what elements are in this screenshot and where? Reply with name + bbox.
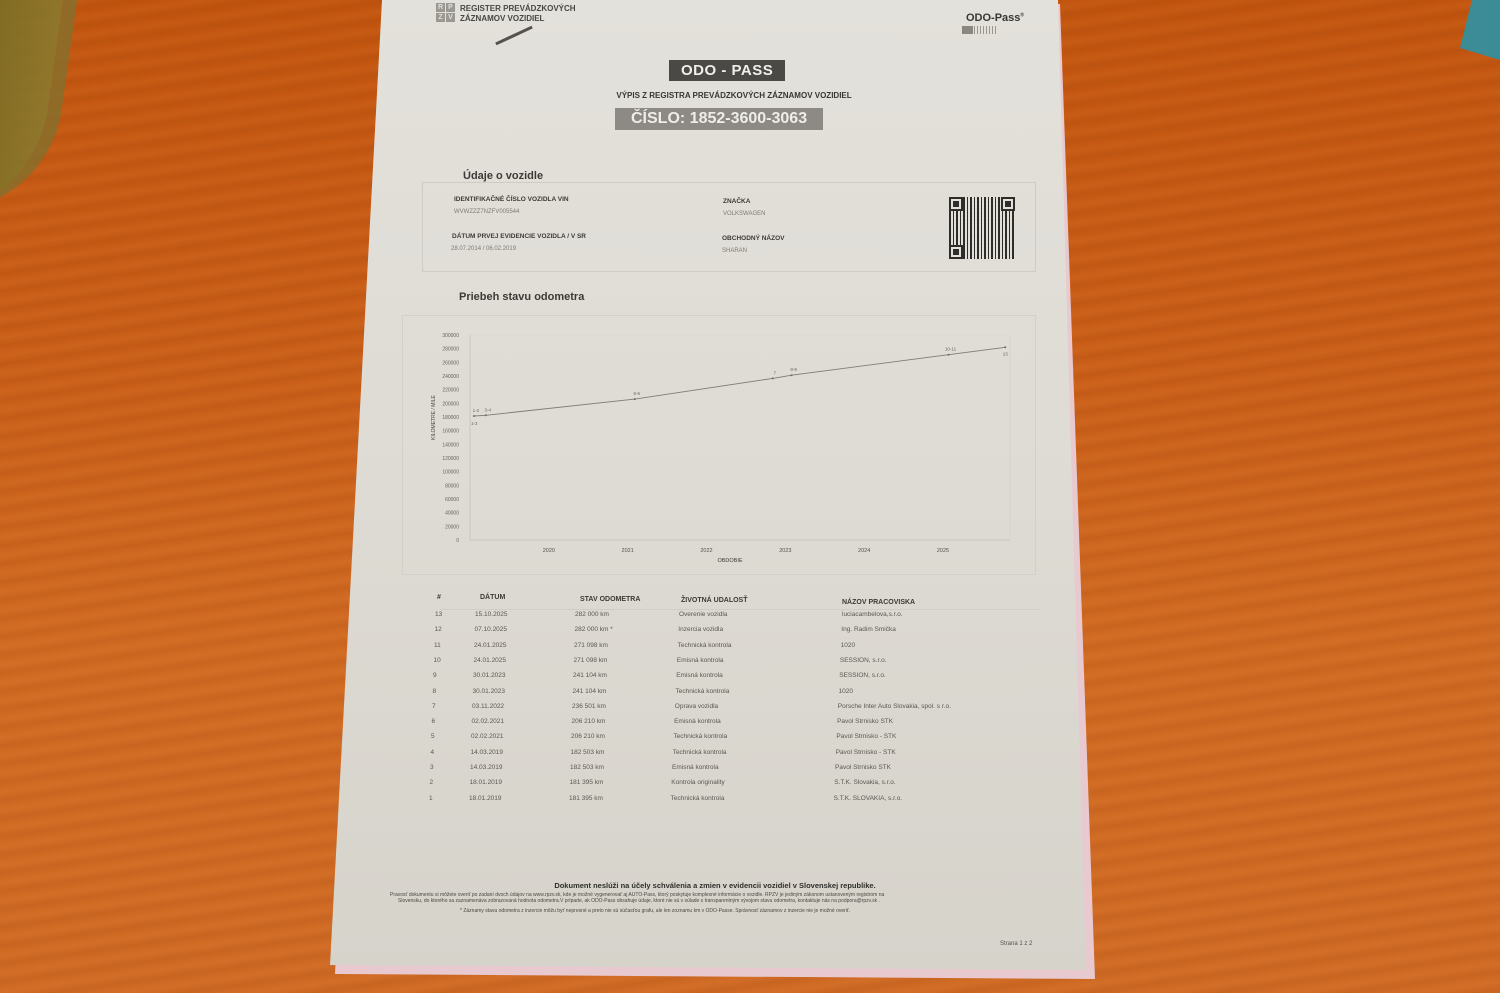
row-date: 30.01.2023 bbox=[473, 688, 506, 695]
registered-mark: ® bbox=[1020, 12, 1024, 18]
point-label: 10-11 bbox=[945, 347, 957, 352]
row-date: 02.02.2021 bbox=[471, 733, 504, 740]
row-date: 18.01.2019 bbox=[470, 779, 503, 786]
row-number: 10 bbox=[434, 657, 441, 664]
y-tick-label: 80000 bbox=[445, 483, 459, 489]
data-point bbox=[772, 377, 774, 379]
y-tick-label: 160000 bbox=[442, 429, 459, 435]
row-event: Kontrola originality bbox=[671, 779, 724, 786]
footer-text-line3: * Záznamy stavu odometra z inzercie môžu… bbox=[460, 908, 1020, 915]
point-label: 7 bbox=[773, 370, 776, 375]
row-odometer: 206 210 km bbox=[571, 733, 605, 740]
row-number: 9 bbox=[433, 672, 437, 679]
model-value: SHARAN bbox=[722, 248, 747, 254]
point-label: 1-2 bbox=[473, 408, 480, 413]
data-point bbox=[485, 414, 487, 416]
row-odometer: 182 503 km bbox=[570, 764, 604, 771]
table-row: 1124.01.2025271 098 kmTechnická kontrola… bbox=[424, 642, 1054, 657]
point-label: 1-2 bbox=[471, 421, 478, 426]
y-tick-label: 180000 bbox=[442, 415, 459, 421]
pen-icon bbox=[495, 26, 533, 46]
row-date: 02.02.2021 bbox=[472, 718, 505, 725]
row-workplace: S.T.K. Slovakia, s.r.o. bbox=[834, 779, 895, 786]
row-odometer: 182 503 km bbox=[571, 749, 605, 756]
registration-date-value: 28.07.2014 / 06.02.2019 bbox=[451, 246, 516, 252]
row-number: 8 bbox=[433, 688, 437, 695]
x-tick-label: 2024 bbox=[858, 548, 870, 554]
y-tick-label: 20000 bbox=[445, 524, 459, 530]
row-event: Technická kontrola bbox=[676, 688, 730, 695]
row-number: 6 bbox=[432, 718, 436, 725]
row-date: 14.03.2019 bbox=[471, 749, 504, 756]
y-tick-label: 200000 bbox=[442, 401, 459, 407]
y-tick-label: 120000 bbox=[442, 456, 459, 462]
odometer-line bbox=[474, 347, 1005, 416]
y-tick-label: 60000 bbox=[445, 497, 459, 503]
rpzv-logo-icon: R P Z V bbox=[436, 3, 455, 22]
col-header-date: DÁTUM bbox=[480, 594, 505, 601]
table-row: 314.03.2019182 503 kmEmisná kontrolaPavo… bbox=[420, 764, 1050, 779]
row-workplace: 1020 bbox=[841, 642, 855, 649]
vin-value: WVWZZZ7NZFV005544 bbox=[454, 209, 519, 215]
logo-letter: R bbox=[436, 3, 445, 12]
row-event: Technická kontrola bbox=[673, 749, 727, 756]
brand-label: ZNAČKA bbox=[723, 198, 750, 205]
point-label: 13 bbox=[1003, 351, 1009, 356]
row-event: Overenie vozidla bbox=[679, 611, 727, 618]
table-row: 830.01.2023241 104 kmTechnická kontrola1… bbox=[423, 688, 1053, 703]
point-label: 3-4 bbox=[485, 407, 492, 412]
row-workplace: Pavol Strnisko - STK bbox=[836, 749, 896, 756]
row-date: 03.11.2022 bbox=[472, 703, 504, 710]
x-axis-label: OBDOBIE bbox=[717, 558, 742, 564]
data-point bbox=[473, 415, 475, 417]
table-row: 1315.10.2025282 000 kmOverenie vozidlalu… bbox=[425, 611, 1055, 626]
header-divider bbox=[440, 609, 1040, 610]
bag-strap bbox=[0, 0, 81, 227]
row-number: 7 bbox=[432, 703, 436, 710]
row-workplace: S.T.K. SLOVAKIA, s.r.o. bbox=[834, 795, 903, 802]
document-page: R P Z V REGISTER PREVÁDZKOVÝCH ZÁZNAMOV … bbox=[330, 0, 1090, 975]
logo-letter: V bbox=[446, 13, 455, 22]
data-point bbox=[791, 374, 793, 376]
data-point bbox=[1004, 346, 1006, 348]
document-subtitle: VÝPIS Z REGISTRA PREVÁDZKOVÝCH ZÁZNAMOV … bbox=[589, 91, 879, 100]
row-odometer: 271 098 km bbox=[574, 642, 608, 649]
vin-label: IDENTIFIKAČNÉ ČÍSLO VOZIDLA VIN bbox=[454, 196, 569, 203]
row-date: 30.01.2023 bbox=[473, 672, 506, 679]
row-event: Technická kontrola bbox=[671, 795, 725, 802]
table-row: 502.02.2021206 210 kmTechnická kontrolaP… bbox=[421, 733, 1051, 748]
row-event: Emisná kontrola bbox=[676, 672, 723, 679]
table-row: 703.11.2022236 501 kmOprava vozidlaPorsc… bbox=[422, 703, 1052, 718]
row-workplace: 1020 bbox=[839, 688, 853, 695]
col-header-number: # bbox=[437, 594, 441, 601]
row-workplace: Porsche Inter Auto Slovakia, spol. s r.o… bbox=[838, 703, 951, 710]
row-number: 5 bbox=[431, 733, 435, 740]
row-workplace: luciacambelova,s.r.o. bbox=[842, 611, 903, 618]
table-row: 1024.01.2025271 098 kmEmisná kontrolaSES… bbox=[424, 657, 1054, 672]
row-date: 07.10.2025 bbox=[475, 626, 508, 633]
row-workplace: Pavol Strnisko STK bbox=[837, 718, 893, 725]
table-row: 602.02.2021206 210 kmEmisná kontrolaPavo… bbox=[422, 718, 1052, 733]
x-tick-label: 2020 bbox=[543, 548, 555, 554]
row-workplace: SESSION, s.r.o. bbox=[839, 672, 886, 679]
y-tick-label: 0 bbox=[456, 538, 459, 544]
register-name: REGISTER PREVÁDZKOVÝCH ZÁZNAMOV VOZIDIEL bbox=[460, 4, 576, 24]
row-number: 3 bbox=[430, 764, 434, 771]
point-label: 8-9 bbox=[790, 367, 797, 372]
row-odometer: 271 098 km bbox=[574, 657, 608, 664]
row-event: Oprava vozidla bbox=[675, 703, 718, 710]
row-workplace: Pavol Strnisko - STK bbox=[836, 733, 896, 740]
row-date: 14.03.2019 bbox=[470, 764, 503, 771]
footer-text-line2: Slovensku, do ktorého sa zaznamenáva zob… bbox=[398, 898, 1058, 905]
row-number: 13 bbox=[435, 611, 442, 618]
page-number: Strana 1 z 2 bbox=[1000, 941, 1032, 947]
col-header-odometer: STAV ODOMETRA bbox=[580, 596, 640, 603]
row-date: 24.01.2025 bbox=[474, 642, 507, 649]
row-date: 18.01.2019 bbox=[469, 795, 502, 802]
registration-date-label: DÁTUM PRVEJ EVIDENCIE VOZIDLA / V SR bbox=[452, 233, 586, 240]
x-tick-label: 2025 bbox=[937, 548, 949, 554]
document-number-badge: ČÍSLO: 1852-3600-3063 bbox=[615, 108, 823, 130]
row-odometer: 181 395 km bbox=[569, 795, 603, 802]
col-header-workplace: NÁZOV PRACOVISKA bbox=[842, 599, 915, 606]
row-event: Technická kontrola bbox=[678, 642, 732, 649]
y-axis-label: KILOMETRE / MILE bbox=[431, 394, 437, 439]
row-workplace: SESSION, s.r.o. bbox=[840, 657, 887, 664]
point-label: 5-6 bbox=[634, 391, 641, 396]
x-tick-label: 2021 bbox=[622, 548, 634, 554]
y-tick-label: 220000 bbox=[442, 388, 459, 394]
table-row: 930.01.2023241 104 kmEmisná kontrolaSESS… bbox=[423, 672, 1053, 687]
x-tick-label: 2022 bbox=[700, 548, 712, 554]
logo-letter: P bbox=[446, 3, 455, 12]
title-badge: ODO - PASS bbox=[669, 60, 785, 81]
odometer-car-icon bbox=[962, 26, 998, 34]
odometer-chart: 0200004000060000800001000001200001400001… bbox=[415, 325, 1025, 570]
row-event: Emisná kontrola bbox=[677, 657, 724, 664]
y-tick-label: 40000 bbox=[445, 511, 459, 517]
row-event: Technická kontrola bbox=[673, 733, 727, 740]
vehicle-section-title: Údaje o vozidle bbox=[463, 170, 543, 182]
register-name-line2: ZÁZNAMOV VOZIDIEL bbox=[460, 14, 576, 24]
row-event: Inzercia vozidla bbox=[678, 626, 723, 633]
row-odometer: 181 395 km bbox=[570, 779, 604, 786]
row-event: Emisná kontrola bbox=[674, 718, 721, 725]
row-odometer: 206 210 km bbox=[572, 718, 606, 725]
data-point bbox=[634, 398, 636, 400]
validity-notice: Dokument neslúži na účely schválenia a z… bbox=[470, 881, 960, 890]
logo-letter: Z bbox=[436, 13, 445, 22]
row-odometer: 241 104 km bbox=[573, 688, 607, 695]
chart-section-title: Priebeh stavu odometra bbox=[459, 291, 584, 303]
x-tick-label: 2023 bbox=[779, 548, 791, 554]
row-odometer: 236 501 km bbox=[572, 703, 606, 710]
table-row: 1207.10.2025282 000 km *Inzercia vozidla… bbox=[425, 626, 1055, 641]
y-tick-label: 280000 bbox=[442, 347, 459, 353]
row-odometer: 282 000 km bbox=[575, 611, 609, 618]
row-date: 24.01.2025 bbox=[474, 657, 507, 664]
row-odometer: 241 104 km bbox=[573, 672, 607, 679]
teal-card-corner bbox=[1460, 0, 1500, 60]
row-odometer: 282 000 km * bbox=[575, 626, 613, 633]
row-date: 15.10.2025 bbox=[475, 611, 508, 618]
data-point bbox=[948, 354, 950, 356]
y-tick-label: 140000 bbox=[442, 442, 459, 448]
table-row: 118.01.2019181 395 kmTechnická kontrolaS… bbox=[419, 795, 1049, 810]
y-tick-label: 260000 bbox=[442, 360, 459, 366]
y-tick-label: 100000 bbox=[442, 470, 459, 476]
table-row: 414.03.2019182 503 kmTechnická kontrolaP… bbox=[421, 749, 1051, 764]
model-label: OBCHODNÝ NÁZOV bbox=[722, 235, 784, 242]
register-name-line1: REGISTER PREVÁDZKOVÝCH bbox=[460, 4, 576, 14]
row-workplace: Pavol Strnisko STK bbox=[835, 764, 891, 771]
row-number: 1 bbox=[429, 795, 433, 802]
row-number: 11 bbox=[434, 642, 441, 649]
row-event: Emisná kontrola bbox=[672, 764, 719, 771]
row-number: 4 bbox=[431, 749, 435, 756]
row-number: 2 bbox=[430, 779, 434, 786]
row-number: 12 bbox=[435, 626, 442, 633]
brand-name: ODO-Pass bbox=[966, 12, 1020, 24]
y-tick-label: 300000 bbox=[442, 333, 459, 339]
col-header-event: ŽIVOTNÁ UDALOSŤ bbox=[681, 597, 748, 604]
odo-pass-logo: ODO-Pass® bbox=[966, 12, 1024, 24]
row-workplace: Ing. Radim Smička bbox=[841, 626, 896, 633]
table-row: 218.01.2019181 395 kmKontrola originalit… bbox=[420, 779, 1050, 794]
qr-code-icon bbox=[949, 197, 1015, 259]
brand-value: VOLKSWAGEN bbox=[723, 211, 765, 217]
y-tick-label: 240000 bbox=[442, 374, 459, 380]
